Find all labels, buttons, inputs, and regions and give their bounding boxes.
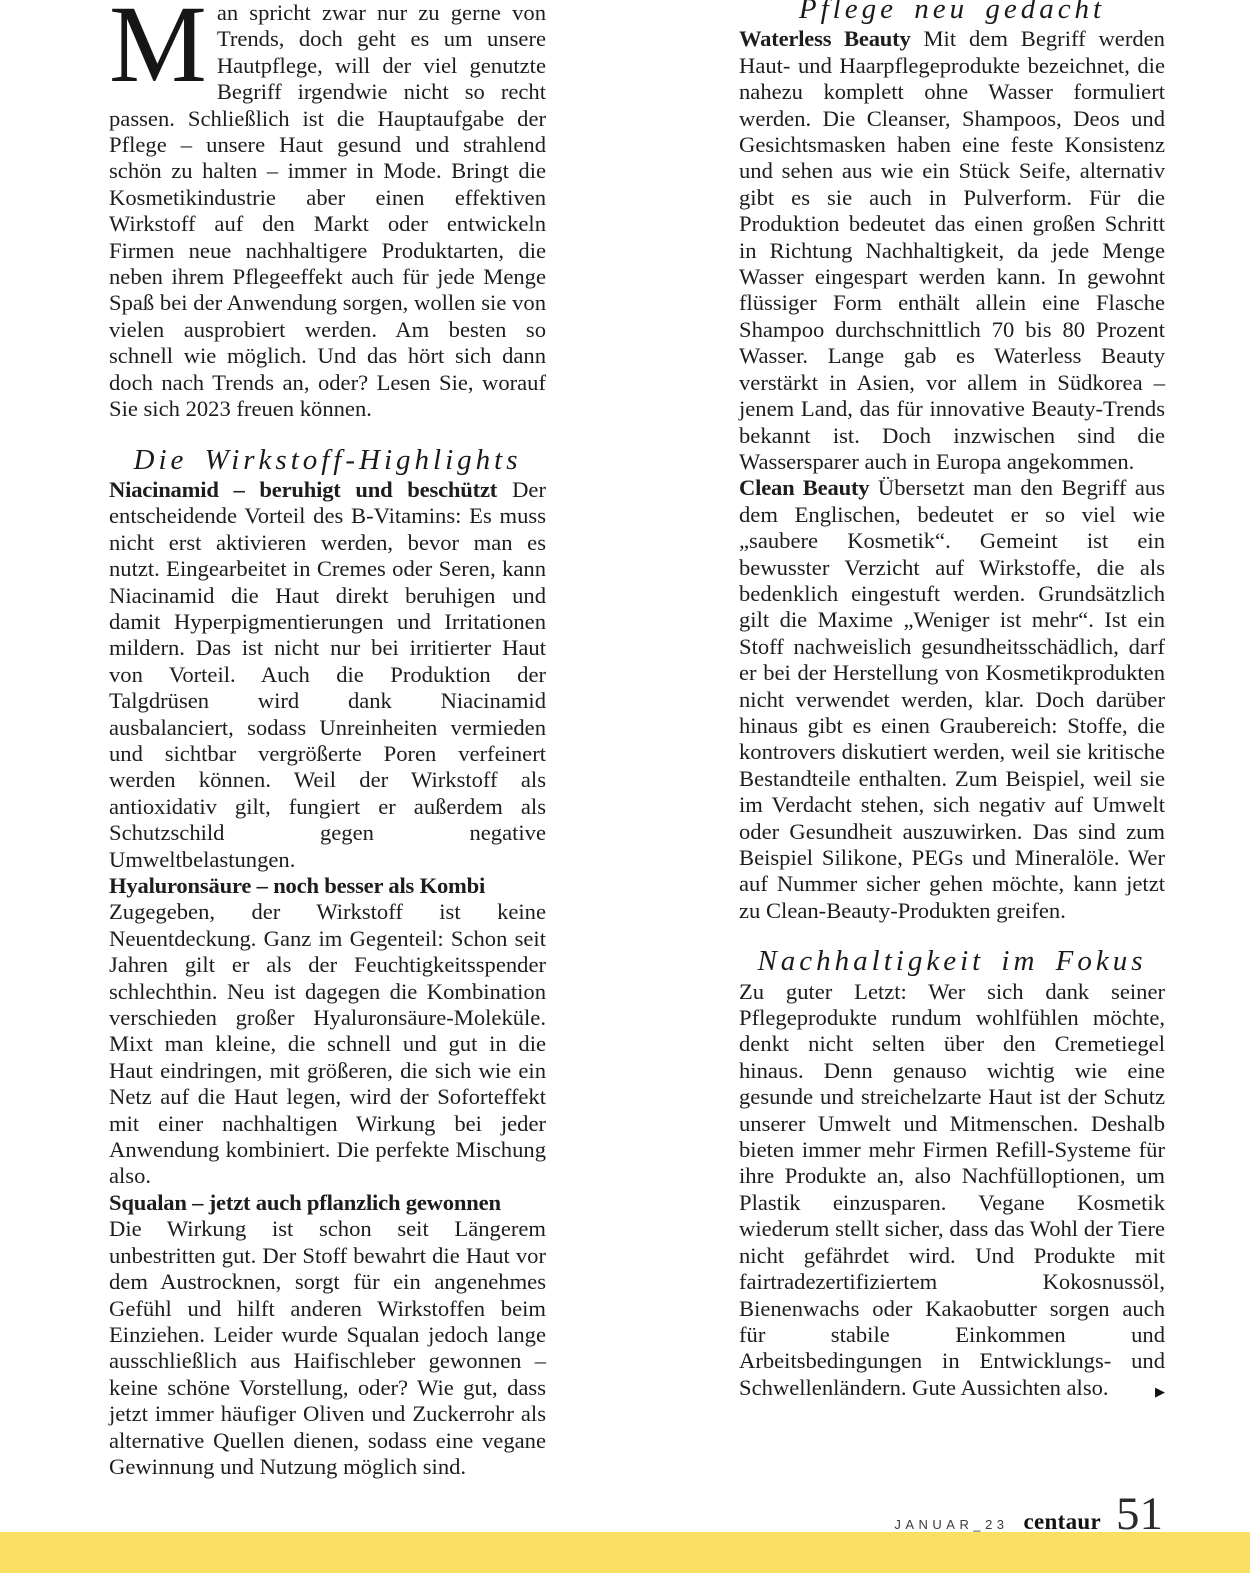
text-nachhaltigkeit: Zu guter Letzt: Wer sich dank seiner Pfl… (739, 979, 1165, 1400)
page-footer: JANUAR_23 centaur 51 (894, 1491, 1163, 1538)
left-column: Man spricht zwar nur zu gerne von Trends… (109, 0, 546, 1480)
text-waterless: Mit dem Begriff werden Haut- und Haarpfl… (739, 26, 1165, 474)
text-hyaluron: Zugegeben, der Wirkstoff ist keine Neuen… (109, 899, 546, 1188)
text-squalan: Die Wirkung ist schon seit Längerem unbe… (109, 1216, 546, 1479)
heading-pflege-neu-gedacht: Pflege neu gedacht (739, 0, 1165, 22)
paragraph-clean-beauty: Clean Beauty Übersetzt man den Begriff a… (739, 475, 1165, 924)
text-clean-beauty: Übersetzt man den Begriff aus dem Englis… (739, 475, 1165, 923)
paragraph-squalan: Squalan – jetzt auch pflanzlich gewonnen… (109, 1190, 546, 1480)
intro-paragraph: Man spricht zwar nur zu gerne von Trends… (109, 0, 546, 423)
paragraph-hyaluron: Hyaluronsäure – noch besser als KombiZug… (109, 873, 546, 1190)
footer-issue-label: JANUAR_23 (894, 1517, 1008, 1532)
dropcap-letter: M (109, 4, 207, 84)
heading-nachhaltigkeit-im-fokus: Nachhaltigkeit im Fokus (739, 948, 1165, 974)
lead-squalan: Squalan – jetzt auch pflanzlich gewonnen (109, 1190, 546, 1216)
article-continue-arrow-icon: ▶ (1155, 1386, 1165, 1399)
bottom-accent-bar (0, 1532, 1250, 1573)
right-column: Pflege neu gedacht Waterless Beauty Mit … (739, 0, 1165, 1401)
lead-clean-beauty: Clean Beauty (739, 475, 869, 500)
lead-waterless-beauty: Waterless Beauty (739, 26, 911, 51)
text-niacinamid: Der entscheidende Vorteil des B-Vitamins… (109, 477, 546, 872)
magazine-page: { "colors": { "accent_bar": "#fbde64", "… (0, 0, 1250, 1573)
paragraph-waterless: Waterless Beauty Mit dem Begriff werden … (739, 26, 1165, 475)
lead-hyaluron: Hyaluronsäure – noch besser als Kombi (109, 873, 546, 899)
paragraph-niacinamid: Niacinamid – beruhigt und beschützt Der … (109, 477, 546, 873)
paragraph-nachhaltigkeit: Zu guter Letzt: Wer sich dank seiner Pfl… (739, 979, 1165, 1402)
lead-niacinamid: Niacinamid – beruhigt und beschützt (109, 477, 497, 502)
heading-wirkstoff-highlights: Die Wirkstoff-Highlights (109, 447, 546, 473)
page-number: 51 (1116, 1491, 1163, 1538)
